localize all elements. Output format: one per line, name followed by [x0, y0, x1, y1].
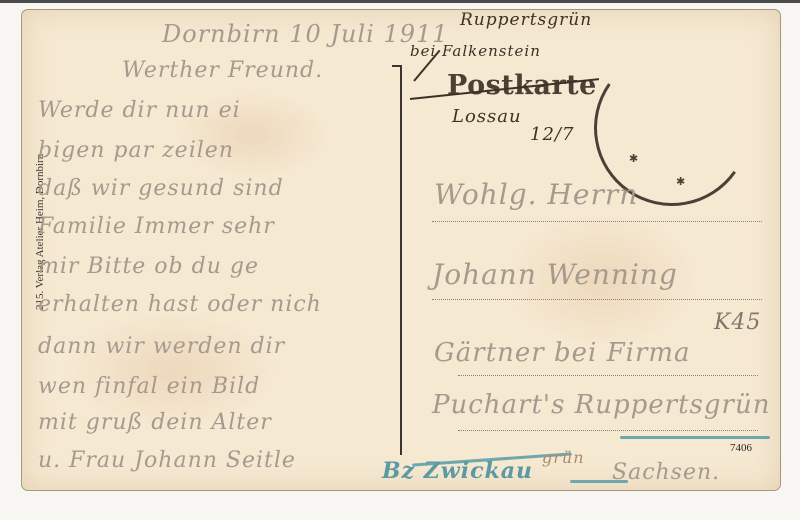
message-line: erhalten hast oder nich: [38, 292, 322, 317]
salutation: Werther Freund.: [122, 58, 323, 83]
center-divider: [400, 65, 402, 455]
message-line: Familie Immer sehr: [38, 214, 275, 239]
blue-underline: [570, 480, 628, 483]
blue-underline: [620, 436, 770, 439]
annotation-ruppertsgruen: Ruppertsgrün: [460, 10, 592, 30]
postcard: 215. Verlag Atelier Heim, Dornbirn Dornb…: [22, 10, 780, 490]
price-annotation: K45: [714, 310, 761, 335]
annotation-lossau: Lossau: [452, 106, 522, 127]
serial-number: 7406: [730, 442, 752, 454]
address-line-2: Johann Wenning: [432, 258, 678, 291]
divider-cap: [392, 65, 402, 67]
message-line: daß wir gesund sind: [38, 176, 284, 201]
address-line-5: Sachsen.: [612, 460, 720, 485]
address-rule: [432, 221, 762, 222]
blue-annotation: Bz Zwickau: [382, 458, 533, 484]
message-line: wen finfal ein Bild: [38, 374, 260, 399]
address-rule: [432, 299, 762, 300]
message-line: Werde dir nun ei: [38, 98, 241, 123]
message-line: dann wir werden dir: [38, 334, 285, 359]
scan-top-edge: [0, 0, 800, 3]
message-line: u. Frau Johann Seitle: [38, 448, 296, 473]
brown-annotation: grün: [542, 448, 585, 467]
address-line-1: Wohlg. Herrn: [434, 178, 638, 211]
address-rule: [458, 375, 758, 376]
message-line: bigen par zeilen: [38, 138, 234, 163]
message-line: mit gruß dein Alter: [38, 410, 272, 435]
annotation-falkenstein: bei Falkenstein: [410, 42, 541, 60]
place-date: Dornbirn 10 Juli 1911: [162, 20, 449, 48]
address-line-4: Puchart's Ruppertsgrün: [432, 390, 770, 420]
message-line: mir Bitte ob du ge: [38, 254, 259, 279]
address-line-3: Gärtner bei Firma: [434, 338, 691, 368]
postmark-star-icon: ✱: [676, 175, 685, 188]
postmark-star-icon: ✱: [629, 152, 638, 165]
annotation-date: 12/7: [530, 124, 574, 145]
address-rule: [458, 430, 758, 431]
